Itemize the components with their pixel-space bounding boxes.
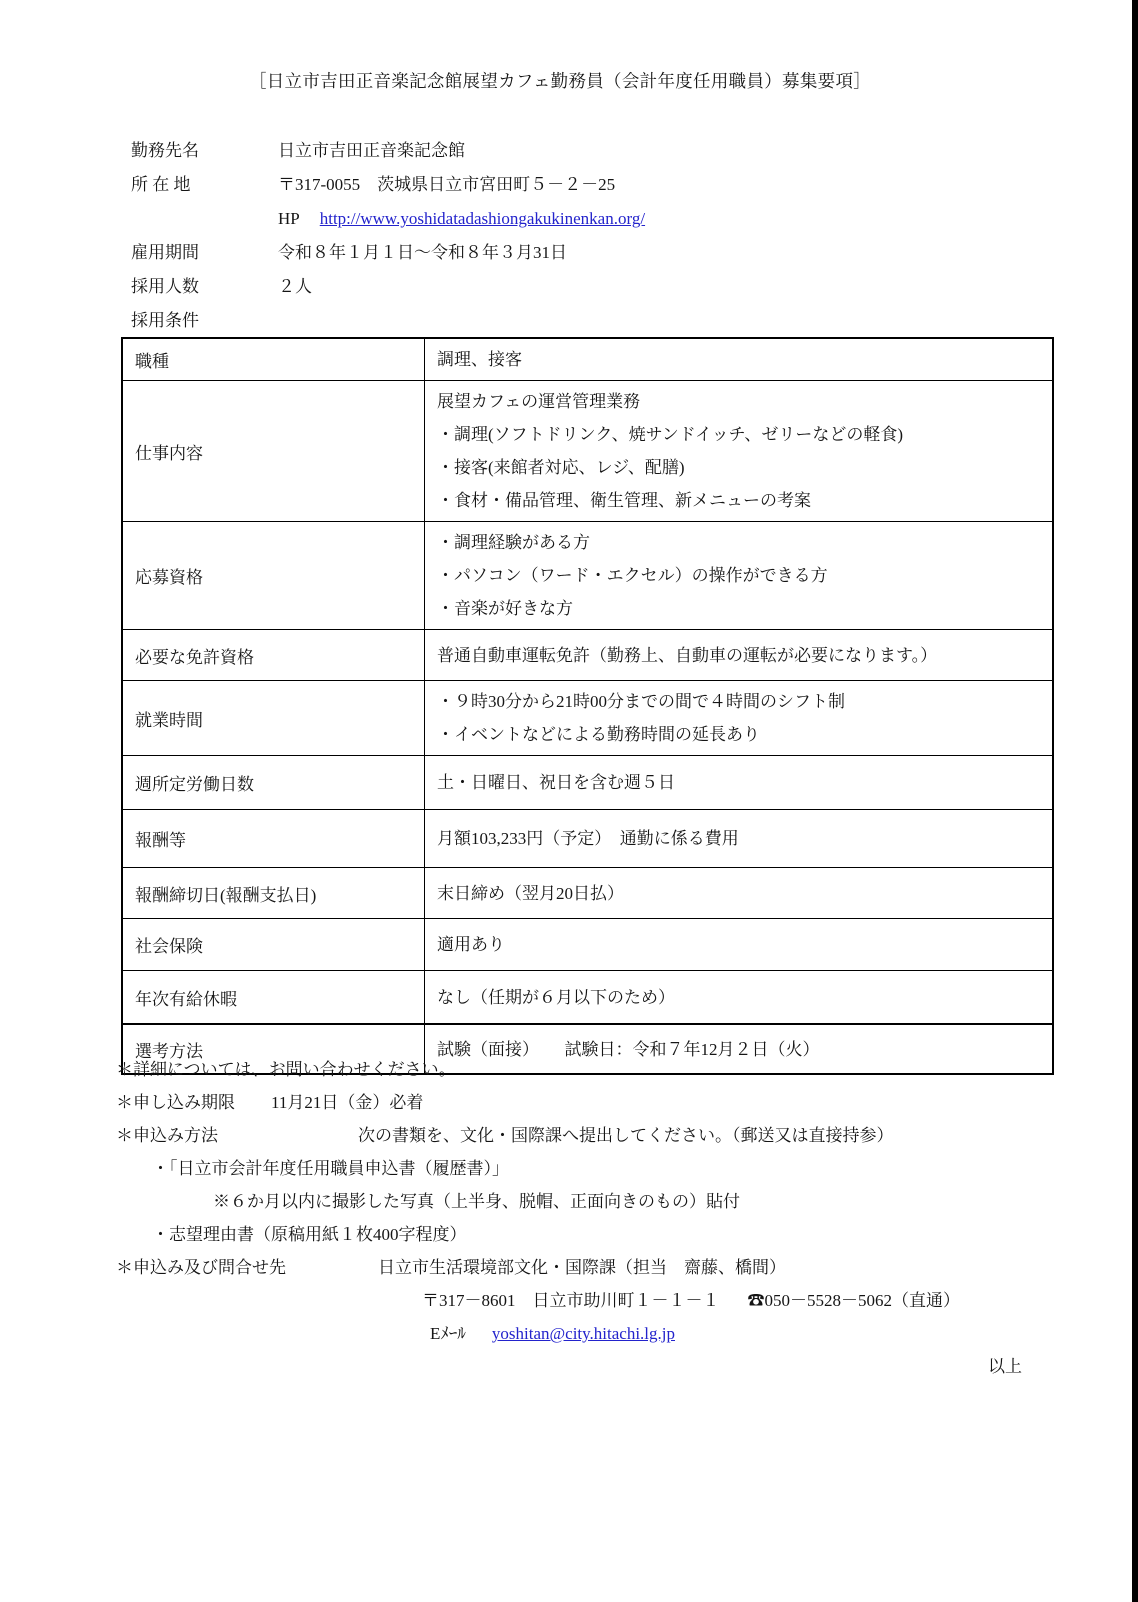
row-header: 就業時間	[122, 681, 425, 756]
row-value: 月額103,233円（予定） 通勤に係る費用	[425, 810, 1054, 868]
document-2-text: ・志望理由書（原稿用紙１枚400字程度）	[152, 1218, 467, 1251]
info-row-conditions: 採用条件	[131, 304, 645, 338]
info-row-headcount: 採用人数 ２人	[131, 270, 645, 304]
contact-postal: 〒317－8601 日立市助川町１－１－１	[422, 1284, 720, 1317]
row-header: 職種	[122, 338, 425, 381]
workplace-value: 日立市吉田正音楽記念館	[278, 134, 465, 168]
page-title: ［日立市吉田正音楽記念館展望カフェ勤務員（会計年度任用職員）募集要項］	[0, 68, 1120, 93]
header-info-block: 勤務先名 日立市吉田正音楽記念館 所 在 地 〒317-0055 茨城県日立市宮…	[131, 134, 645, 338]
table-row-qualifications: 応募資格 ・調理経験がある方 ・パソコン（ワード・エクセル）の操作ができる方 ・…	[122, 522, 1053, 630]
table-row-license: 必要な免許資格 普通自動車運転免許（勤務上、自動車の運転が必要になります。）	[122, 630, 1053, 681]
row-value: ・調理経験がある方 ・パソコン（ワード・エクセル）の操作ができる方 ・音楽が好き…	[425, 522, 1054, 630]
note-document-2: ・志望理由書（原稿用紙１枚400字程度）	[0, 1218, 1138, 1251]
row-header: 応募資格	[122, 522, 425, 630]
address-value: 〒317-0055 茨城県日立市宮田町５－２－25	[278, 168, 615, 202]
email-label: Eﾒｰﾙ	[430, 1317, 466, 1350]
row-value: 調理、接客	[425, 338, 1054, 381]
note-detail: ＊詳細については、お問い合わせください。	[0, 1053, 1138, 1086]
workplace-label: 勤務先名	[131, 134, 278, 168]
note-deadline: ＊申し込み期限 11月21日（金）必着	[0, 1086, 1138, 1119]
table-row-job-description: 仕事内容 展望カフェの運営管理業務 ・調理(ソフトドリンク、焼サンドイッチ、ゼリ…	[122, 381, 1053, 522]
document-1-text: ・「日立市会計年度任用職員申込書（履歴書）」	[152, 1152, 509, 1185]
row-header: 報酬締切日(報酬支払日)	[122, 868, 425, 919]
homepage-prefix: HP	[278, 202, 300, 236]
table-row-working-days: 週所定労働日数 土・日曜日、祝日を含む週５日	[122, 756, 1053, 810]
period-value: 令和８年１月１日～令和８年３月31日	[278, 236, 567, 270]
contact-office: 日立市生活環境部文化・国際課（担当 齋藤、橋間）	[378, 1251, 786, 1284]
contact-label: ＊申込み及び問合せ先	[116, 1251, 378, 1284]
row-value: 適用あり	[425, 919, 1054, 971]
note-contact-email: Eﾒｰﾙ yoshitan@city.hitachi.lg.jp	[0, 1317, 1138, 1350]
note-contact-address: 〒317－8601 日立市助川町１－１－１ ☎050－5528－5062（直通）	[0, 1284, 1138, 1317]
row-value: なし（任期が６月以下のため）	[425, 971, 1054, 1025]
closing-row: 以上	[0, 1350, 1138, 1383]
note-apply-method: ＊申込み方法 次の書類を、文化・国際課へ提出してください。（郵送又は直接持参）	[0, 1119, 1138, 1152]
row-header: 年次有給休暇	[122, 971, 425, 1025]
headcount-label: 採用人数	[131, 270, 278, 304]
row-header: 必要な免許資格	[122, 630, 425, 681]
table-row-job-type: 職種 調理、接客	[122, 338, 1053, 381]
row-header: 週所定労働日数	[122, 756, 425, 810]
info-row-homepage: HP http://www.yoshidatadashiongakukinenk…	[131, 202, 645, 236]
table-row-social-insurance: 社会保険 適用あり	[122, 919, 1053, 971]
note-detail-text: ＊詳細については、お問い合わせください。	[116, 1053, 456, 1086]
table-row-paid-leave: 年次有給休暇 なし（任期が６月以下のため）	[122, 971, 1053, 1025]
homepage-link[interactable]: http://www.yoshidatadashiongakukinenkan.…	[320, 202, 645, 236]
row-value: 土・日曜日、祝日を含む週５日	[425, 756, 1054, 810]
table-row-salary: 報酬等 月額103,233円（予定） 通勤に係る費用	[122, 810, 1053, 868]
conditions-table: 職種 調理、接客 仕事内容 展望カフェの運営管理業務 ・調理(ソフトドリンク、焼…	[121, 337, 1054, 1075]
address-label: 所 在 地	[131, 168, 278, 202]
footer-notes-block: ＊詳細については、お問い合わせください。 ＊申し込み期限 11月21日（金）必着…	[0, 1053, 1138, 1383]
deadline-value: 11月21日（金）必着	[271, 1086, 423, 1119]
apply-method-label: ＊申込み方法	[116, 1119, 358, 1152]
note-document-1: ・「日立市会計年度任用職員申込書（履歴書）」	[0, 1152, 1138, 1185]
info-row-address: 所 在 地 〒317-0055 茨城県日立市宮田町５－２－25	[131, 168, 645, 202]
info-row-period: 雇用期間 令和８年１月１日～令和８年３月31日	[131, 236, 645, 270]
recruitment-notice-page: ［日立市吉田正音楽記念館展望カフェ勤務員（会計年度任用職員）募集要項］ 勤務先名…	[0, 0, 1138, 1602]
row-value: 末日締め（翌月20日払）	[425, 868, 1054, 919]
row-value: 普通自動車運転免許（勤務上、自動車の運転が必要になります。）	[425, 630, 1054, 681]
deadline-label: ＊申し込み期限	[116, 1086, 271, 1119]
conditions-label: 採用条件	[131, 304, 278, 338]
row-value: ・９時30分から21時00分までの間で４時間のシフト制 ・イベントなどによる勤務…	[425, 681, 1054, 756]
email-link[interactable]: yoshitan@city.hitachi.lg.jp	[492, 1317, 675, 1350]
info-row-workplace: 勤務先名 日立市吉田正音楽記念館	[131, 134, 645, 168]
row-header: 仕事内容	[122, 381, 425, 522]
row-value: 展望カフェの運営管理業務 ・調理(ソフトドリンク、焼サンドイッチ、ゼリーなどの軽…	[425, 381, 1054, 522]
period-label: 雇用期間	[131, 236, 278, 270]
row-header: 社会保険	[122, 919, 425, 971]
table-row-working-hours: 就業時間 ・９時30分から21時00分までの間で４時間のシフト制 ・イベントなど…	[122, 681, 1053, 756]
closing-text: 以上	[0, 1350, 1138, 1383]
row-header: 報酬等	[122, 810, 425, 868]
homepage-spacer	[131, 202, 278, 236]
note-contact: ＊申込み及び問合せ先 日立市生活環境部文化・国際課（担当 齋藤、橋間）	[0, 1251, 1138, 1284]
apply-method-value: 次の書類を、文化・国際課へ提出してください。（郵送又は直接持参）	[358, 1119, 894, 1152]
contact-phone: ☎050－5528－5062（直通）	[748, 1284, 961, 1317]
headcount-value: ２人	[278, 270, 312, 304]
note-document-1-photo: ※６か月以内に撮影した写真（上半身、脱帽、正面向きのもの）貼付	[0, 1185, 1138, 1218]
table-row-payday: 報酬締切日(報酬支払日) 末日締め（翌月20日払）	[122, 868, 1053, 919]
scan-edge-artifact	[1132, 0, 1138, 1602]
document-1-photo-text: ※６か月以内に撮影した写真（上半身、脱帽、正面向きのもの）貼付	[213, 1185, 740, 1218]
